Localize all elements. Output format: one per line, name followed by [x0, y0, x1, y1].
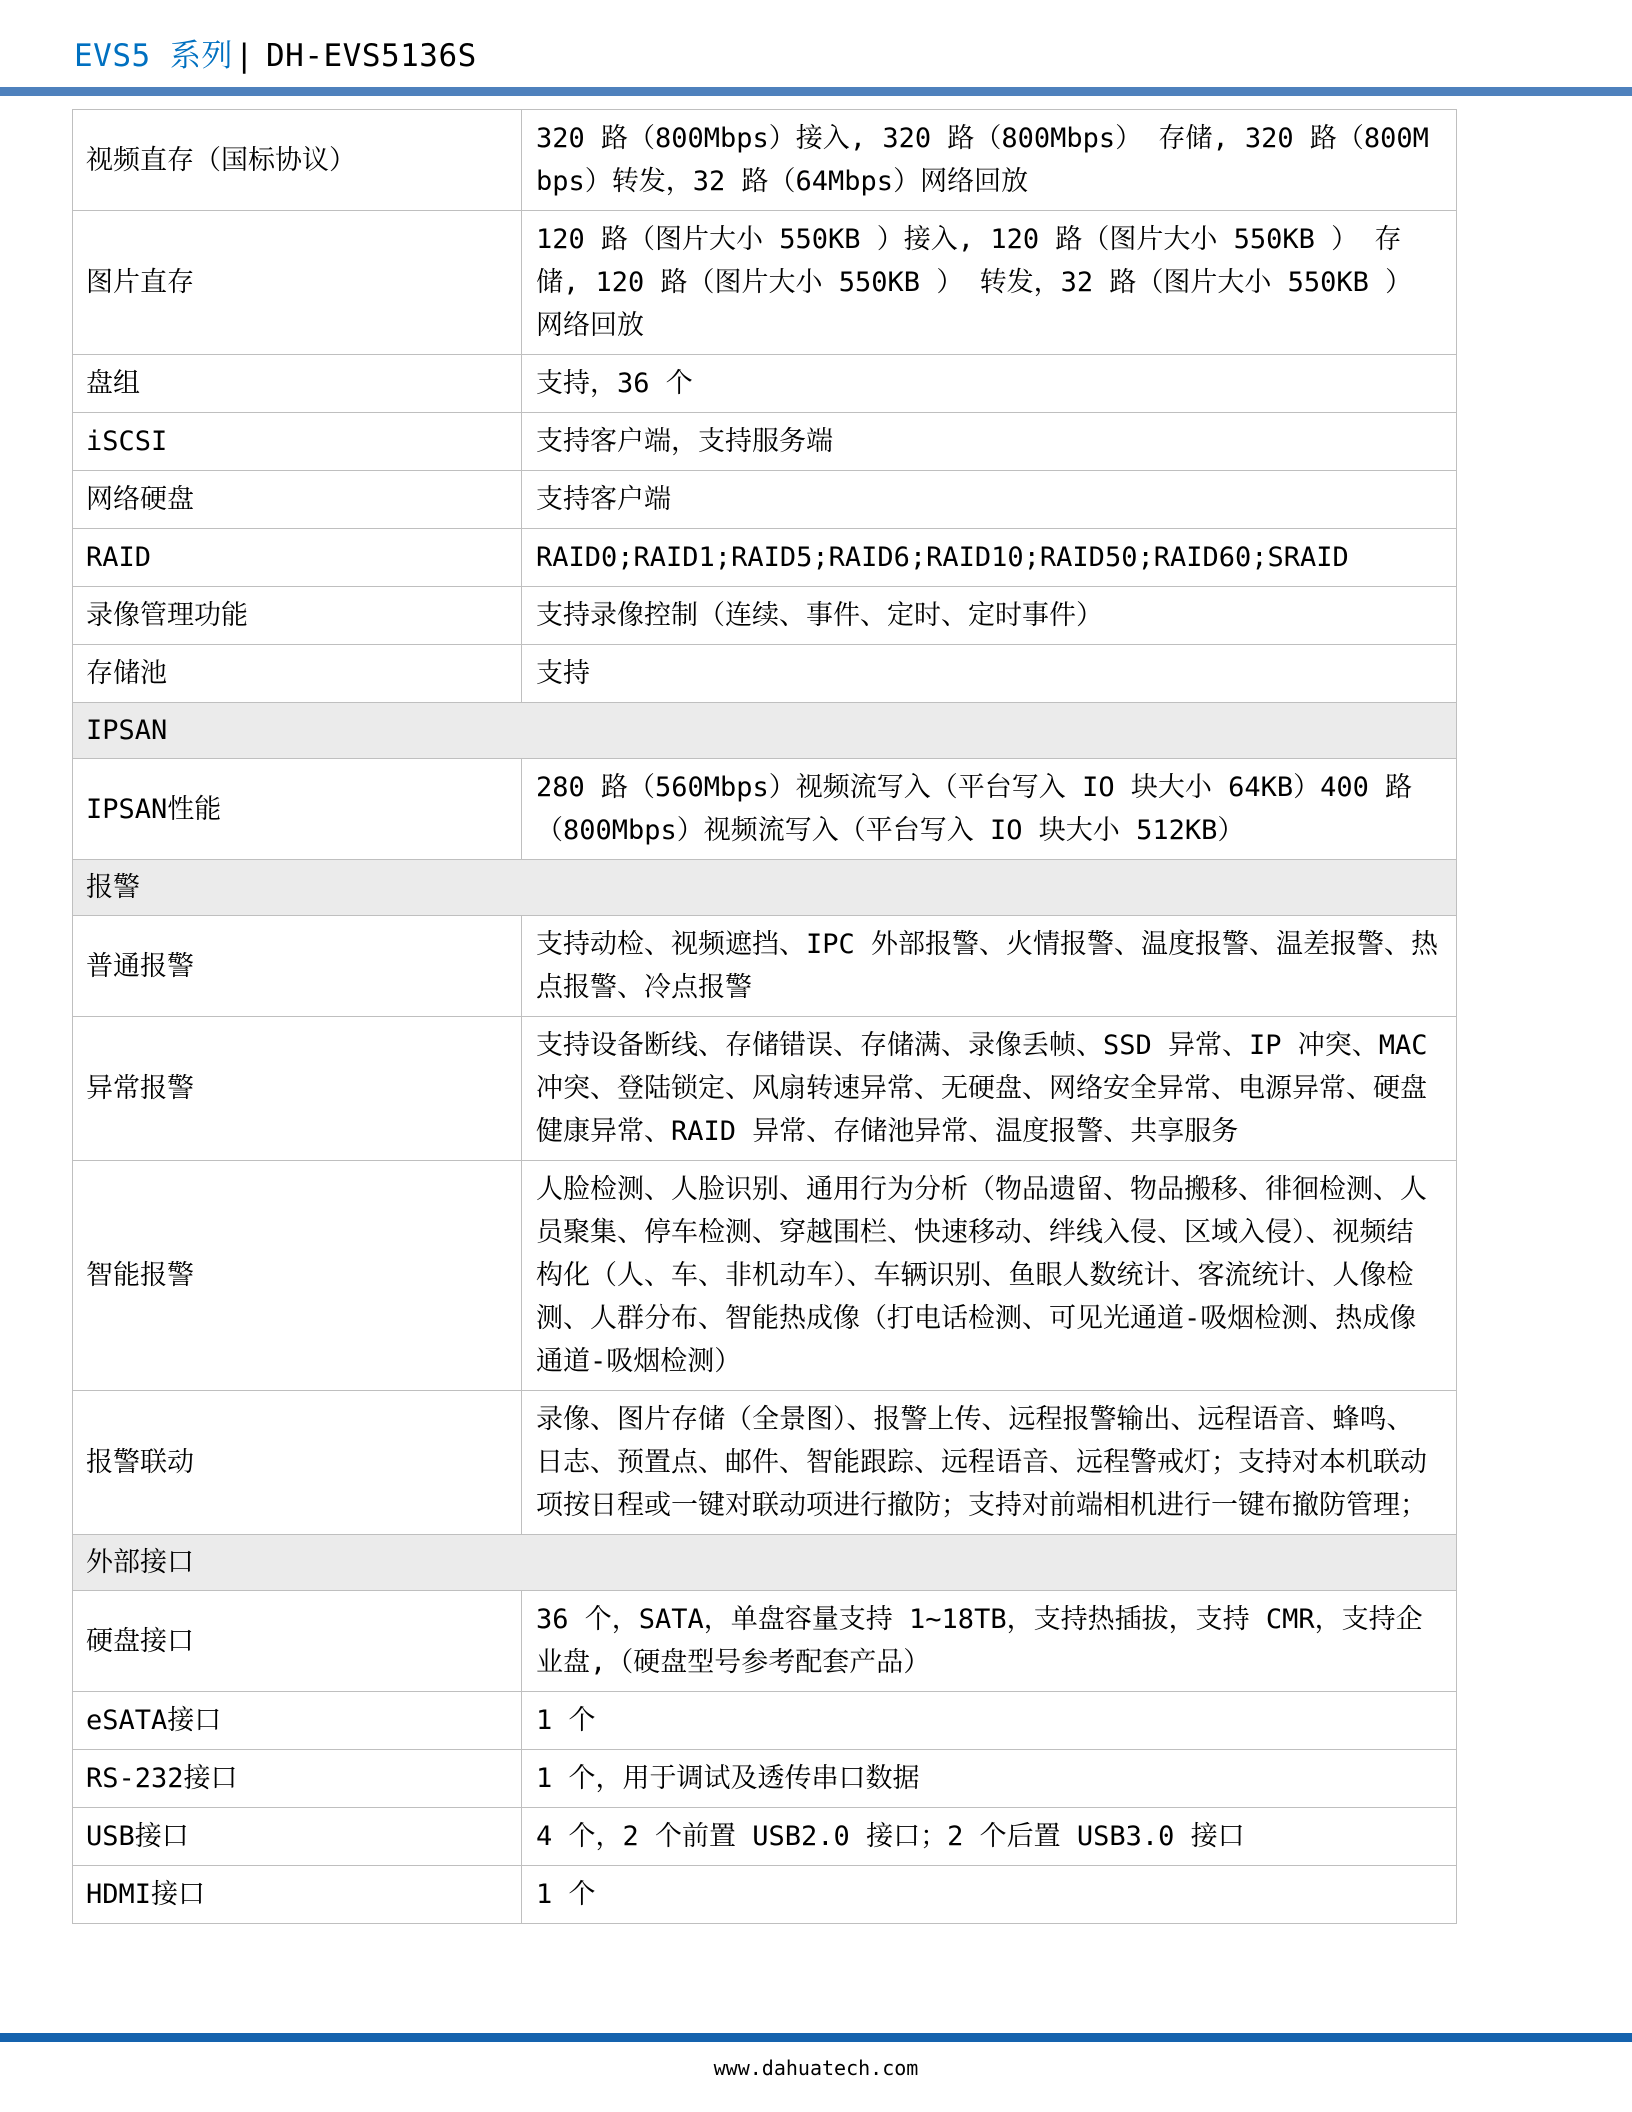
spec-row: 网络硬盘支持客户端 [73, 471, 1457, 529]
spec-label: RAID [73, 529, 522, 587]
spec-row: iSCSI支持客户端，支持服务端 [73, 413, 1457, 471]
spec-value: 录像、图片存储（全景图）、报警上传、远程报警输出、远程语音、蜂鸣、日志、预置点、… [522, 1391, 1457, 1535]
section-header-label: 外部接口 [73, 1535, 1457, 1591]
spec-label: 图片直存 [73, 211, 522, 355]
spec-value: 1 个 [522, 1692, 1457, 1750]
spec-row: 图片直存120 路（图片大小 550KB ）接入, 120 路（图片大小 550… [73, 211, 1457, 355]
spec-label: 普通报警 [73, 916, 522, 1017]
spec-value: 1 个 [522, 1866, 1457, 1924]
spec-row: 异常报警支持设备断线、存储错误、存储满、录像丢帧、SSD 异常、IP 冲突、MA… [73, 1017, 1457, 1161]
spec-row: HDMI接口1 个 [73, 1866, 1457, 1924]
footer-divider-rule [0, 2033, 1632, 2042]
header-separator: | [235, 38, 254, 74]
spec-row: 普通报警支持动检、视频遮挡、IPC 外部报警、火情报警、温度报警、温差报警、热点… [73, 916, 1457, 1017]
spec-row: RAIDRAID0;RAID1;RAID5;RAID6;RAID10;RAID5… [73, 529, 1457, 587]
section-row: 外部接口 [73, 1535, 1457, 1591]
spec-label: 存储池 [73, 645, 522, 703]
model-title: DH-EVS5136S [266, 38, 477, 74]
spec-value: RAID0;RAID1;RAID5;RAID6;RAID10;RAID50;RA… [522, 529, 1457, 587]
spec-row: 硬盘接口36 个，SATA，单盘容量支持 1~18TB，支持热插拔，支持 CMR… [73, 1591, 1457, 1692]
spec-label: 视频直存（国标协议） [73, 110, 522, 211]
spec-label: 异常报警 [73, 1017, 522, 1161]
spec-row: 存储池支持 [73, 645, 1457, 703]
spec-table: 视频直存（国标协议）320 路（800Mbps）接入, 320 路（800Mbp… [72, 109, 1457, 1924]
spec-value: 1 个，用于调试及透传串口数据 [522, 1750, 1457, 1808]
spec-value: 支持客户端，支持服务端 [522, 413, 1457, 471]
spec-value: 支持 [522, 645, 1457, 703]
spec-value: 36 个，SATA，单盘容量支持 1~18TB，支持热插拔，支持 CMR，支持企… [522, 1591, 1457, 1692]
spec-row: IPSAN性能280 路（560Mbps）视频流写入（平台写入 IO 块大小 6… [73, 759, 1457, 860]
spec-row: 报警联动录像、图片存储（全景图）、报警上传、远程报警输出、远程语音、蜂鸣、日志、… [73, 1391, 1457, 1535]
spec-label: 报警联动 [73, 1391, 522, 1535]
header-divider-rule [0, 87, 1632, 96]
spec-label: HDMI接口 [73, 1866, 522, 1924]
spec-value: 人脸检测、人脸识别、通用行为分析（物品遗留、物品搬移、徘徊检测、人员聚集、停车检… [522, 1161, 1457, 1391]
spec-label: 盘组 [73, 355, 522, 413]
footer-url: www.dahuatech.com [0, 2056, 1632, 2080]
section-row: IPSAN [73, 703, 1457, 759]
spec-label: iSCSI [73, 413, 522, 471]
section-header-label: IPSAN [73, 703, 1457, 759]
spec-row: 录像管理功能支持录像控制（连续、事件、定时、定时事件） [73, 587, 1457, 645]
spec-row: 视频直存（国标协议）320 路（800Mbps）接入, 320 路（800Mbp… [73, 110, 1457, 211]
section-header-label: 报警 [73, 860, 1457, 916]
page-header: EVS5 系列|DH-EVS5136S [0, 0, 1632, 75]
spec-label: 智能报警 [73, 1161, 522, 1391]
spec-row: RS-232接口1 个，用于调试及透传串口数据 [73, 1750, 1457, 1808]
spec-label: IPSAN性能 [73, 759, 522, 860]
spec-value: 支持客户端 [522, 471, 1457, 529]
spec-value: 4 个，2 个前置 USB2.0 接口；2 个后置 USB3.0 接口 [522, 1808, 1457, 1866]
spec-value: 支持录像控制（连续、事件、定时、定时事件） [522, 587, 1457, 645]
spec-label: 硬盘接口 [73, 1591, 522, 1692]
spec-value: 支持，36 个 [522, 355, 1457, 413]
spec-row: eSATA接口1 个 [73, 1692, 1457, 1750]
section-row: 报警 [73, 860, 1457, 916]
spec-label: eSATA接口 [73, 1692, 522, 1750]
spec-value: 支持动检、视频遮挡、IPC 外部报警、火情报警、温度报警、温差报警、热点报警、冷… [522, 916, 1457, 1017]
spec-row: 智能报警人脸检测、人脸识别、通用行为分析（物品遗留、物品搬移、徘徊检测、人员聚集… [73, 1161, 1457, 1391]
spec-label: 网络硬盘 [73, 471, 522, 529]
spec-label: RS-232接口 [73, 1750, 522, 1808]
spec-value: 支持设备断线、存储错误、存储满、录像丢帧、SSD 异常、IP 冲突、MAC 冲突… [522, 1017, 1457, 1161]
spec-value: 280 路（560Mbps）视频流写入（平台写入 IO 块大小 64KB）400… [522, 759, 1457, 860]
spec-label: 录像管理功能 [73, 587, 522, 645]
spec-value: 320 路（800Mbps）接入, 320 路（800Mbps） 存储, 320… [522, 110, 1457, 211]
spec-row: USB接口4 个，2 个前置 USB2.0 接口；2 个后置 USB3.0 接口 [73, 1808, 1457, 1866]
series-title: EVS5 系列 [74, 38, 233, 74]
spec-row: 盘组支持，36 个 [73, 355, 1457, 413]
spec-value: 120 路（图片大小 550KB ）接入, 120 路（图片大小 550KB ）… [522, 211, 1457, 355]
spec-label: USB接口 [73, 1808, 522, 1866]
